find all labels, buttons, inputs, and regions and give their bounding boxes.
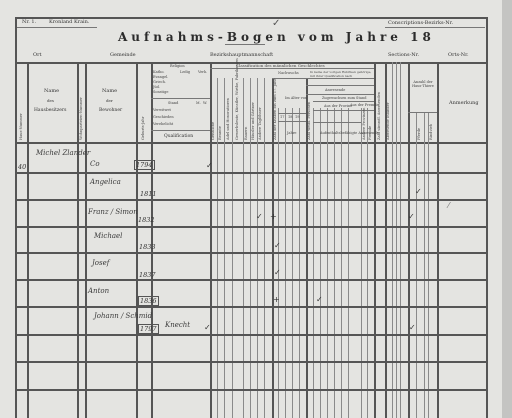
subcol-line: [392, 62, 393, 418]
subcol-line: [232, 78, 233, 418]
left-border: [15, 17, 17, 418]
classification-col-header: Andere Taglöhner: [258, 100, 262, 140]
remark-mark-icon: ⁄: [448, 202, 449, 210]
local-label: Orts-Nr.: [448, 52, 469, 58]
subcol-line: [334, 108, 335, 418]
resident-name-value: Franz / Simon: [88, 208, 138, 216]
religion-title: Religion: [170, 64, 185, 68]
classification-col-header: Geistliche: [211, 118, 215, 140]
col-divider: [85, 62, 87, 418]
resident-name-value: Michael: [94, 232, 122, 240]
title-underline: [225, 44, 265, 45]
checkmark-icon: ✓: [409, 324, 416, 332]
status-row: Verwitwet: [153, 108, 171, 112]
subcol-line: [348, 108, 349, 418]
livestock-col-header: Pferde: [417, 120, 421, 140]
header-subline: [313, 122, 361, 123]
checkmark-icon: ✓: [256, 213, 263, 221]
status-row: Verehelicht: [153, 122, 173, 126]
livestock-col-header: Rindvieh: [429, 120, 433, 140]
col-divider: [437, 62, 439, 418]
place-label: Ort: [33, 52, 42, 58]
row-divider: [15, 306, 488, 308]
status-subheader: W.: [203, 101, 207, 105]
form-number: Nr. 1.: [22, 19, 36, 25]
female-count-header: Zahl weibl. Personen: [307, 108, 311, 140]
checkmark-icon: ✓: [274, 269, 281, 277]
house-number-value: 40: [18, 163, 26, 171]
military-age: 17: [280, 115, 284, 119]
subcol-line: [361, 108, 362, 418]
row-divider: [15, 226, 488, 228]
religion-row: Sonstige: [153, 90, 168, 94]
conscription-label: Conscriptions-Bezirks-Nr.: [388, 20, 453, 26]
row-divider: [15, 361, 488, 363]
household-number-header: Wohnparteien-Nummer: [79, 100, 83, 140]
classification-col-header: Beamte: [218, 118, 222, 140]
col-divider: [27, 62, 29, 418]
subcol-line: [416, 112, 417, 418]
checkmark-icon: ✓: [204, 324, 211, 332]
col-divider: [408, 62, 410, 418]
classification-col-header: Häusler und Gärtner: [251, 100, 255, 140]
checkmark-icon: ✓: [415, 188, 422, 196]
resident-name-value: Johann / Schmid: [94, 312, 152, 320]
subcol-line: [341, 108, 342, 418]
total-present-header: Zahl sämmtl. Anwesenden: [377, 80, 381, 140]
header-subline: [306, 85, 374, 86]
military-age-header: Im Alter von: [285, 96, 307, 100]
checkmark-icon: ✓: [274, 242, 281, 250]
religion-subheader: Verh.: [198, 70, 207, 74]
military-years-label: Jahre: [287, 131, 297, 135]
in-country-header: Aus der Provinz: [324, 104, 352, 108]
scan-edge: [502, 0, 512, 418]
house-number-header: Haus-Nummer: [19, 100, 23, 140]
classification-col-header: Bauern: [244, 118, 248, 140]
subcol-line: [428, 112, 429, 418]
col-divider: [374, 62, 376, 418]
conscription-underline: [385, 27, 485, 28]
owner-name-header-1: Name: [44, 88, 59, 94]
owner-name-header-2: des: [47, 98, 54, 103]
header-subline: [278, 121, 306, 122]
religion-row: Evangel.: [153, 75, 168, 79]
resident-name-header-3: Bewohner: [99, 108, 122, 113]
other-country-header: Aus der Fremde: [350, 103, 379, 107]
checkmark-icon: ✓: [408, 213, 415, 221]
religion-subheader: Ledig: [180, 70, 190, 74]
census-form-page: Nr. 1. Kronland Krain. Conscriptions-Bez…: [0, 0, 502, 418]
subcol-line: [396, 62, 397, 418]
checkmark-icon: ✓: [316, 296, 323, 304]
classification-col-header: Adel und Honoratioren: [226, 96, 230, 140]
col-divider: [210, 62, 212, 418]
resident-name-value: Anton: [88, 287, 109, 295]
owner-name-value: Michel Zlander: [36, 149, 90, 157]
birth-year-value: 1833: [139, 243, 156, 251]
subcol-line: [292, 108, 293, 418]
subcol-line: [320, 108, 321, 418]
status-title: Stand: [168, 101, 178, 105]
cross-mark-icon: +: [273, 296, 280, 304]
military-count-header: Zahl der Knaben bis zum 17. Jahr: [273, 86, 277, 140]
livestock-title: Anzahl der Haus-Thiere: [411, 80, 435, 88]
row-divider: [15, 172, 488, 174]
cross-mark-icon: +: [270, 213, 277, 221]
resident-name-value: Josef: [92, 259, 109, 267]
religion-row: Katho.: [153, 70, 165, 74]
resident-name-header-2: der: [106, 98, 113, 103]
religion-row: Jüd.: [153, 85, 160, 89]
other-col-header: Fremde: [368, 120, 372, 140]
header-underline: [15, 27, 97, 28]
subcol-line: [224, 78, 225, 418]
male-classification-title: Classification des männlichen Geschlecht…: [236, 63, 325, 68]
birth-year-value: 1836: [138, 296, 159, 306]
row-divider: [15, 279, 488, 281]
subcol-line: [299, 108, 300, 418]
row-divider: [15, 199, 488, 201]
municipality-label: Gemeinde: [110, 52, 136, 58]
birth-year-header: Geburts-Jahr: [141, 118, 145, 140]
total-absent-header: Abwesende Inländer: [386, 90, 390, 140]
subcol-line: [367, 108, 368, 418]
classification-col-header: Gewerbsleute, Künstler, Wirthe, Fabrikan…: [235, 78, 239, 140]
right-border: [486, 17, 488, 418]
qualification-header: Qualification: [164, 134, 193, 139]
header-subline: [278, 113, 306, 114]
row-divider: [15, 389, 488, 391]
checkmark-icon: ✓: [272, 18, 280, 29]
birth-year-value: 1794: [134, 160, 155, 170]
subcol-line: [285, 108, 286, 418]
absent-origin: Zugewachsen zum Stand: [322, 96, 366, 100]
birth-year-value: 1837: [139, 271, 156, 279]
remarks-header: Anmerkung: [449, 100, 479, 106]
other-col-header: Andere Provinzen: [362, 112, 366, 140]
absent-subtitle: Anwesende: [325, 88, 345, 92]
subcol-line: [424, 112, 425, 418]
top-border: [15, 17, 488, 19]
military-title: Nachwuchs: [278, 71, 299, 75]
row-divider: [15, 334, 488, 336]
absent-title: In keine der vorigen Rubriken gehörige, …: [310, 70, 372, 78]
header-subline: [151, 130, 210, 131]
district-label: Bezirkshauptmannschaft: [210, 52, 273, 58]
military-age: 18: [288, 115, 292, 119]
section-label: Sections-Nr.: [388, 52, 419, 58]
subcol-line: [400, 62, 401, 418]
header-subline: [272, 78, 374, 79]
header-subline: [306, 94, 374, 95]
resident-name-value: Co: [90, 160, 100, 168]
header-subline: [151, 98, 210, 99]
birth-year-value: 1832: [138, 216, 155, 224]
col-divider: [136, 62, 138, 418]
religion-row: Griech.: [153, 80, 166, 84]
status-row: Geschieden: [153, 115, 174, 119]
birth-year-value: 1811: [140, 190, 157, 198]
page-title: Aufnahms-Bogen vom Jahre 18: [118, 30, 435, 44]
owner-name-header-3: Hausbesitzers: [34, 108, 66, 113]
subcol-line: [327, 108, 328, 418]
military-age: 19: [295, 115, 299, 119]
subcol-line: [278, 108, 279, 418]
header-subline: [313, 101, 374, 102]
checkmark-icon: ✓: [206, 162, 213, 170]
row-divider: [15, 252, 488, 254]
qualification-value: Knecht: [165, 321, 190, 329]
birth-year-value: 1797: [138, 324, 159, 334]
resident-name-value: Angelica: [90, 178, 121, 186]
header-subline: [408, 112, 437, 113]
crownland-label: Kronland Krain.: [49, 19, 89, 25]
resident-name-header-1: Name: [102, 88, 117, 94]
subcol-line: [313, 108, 314, 418]
subcol-line: [264, 78, 265, 418]
status-subheader: M.: [196, 101, 201, 105]
